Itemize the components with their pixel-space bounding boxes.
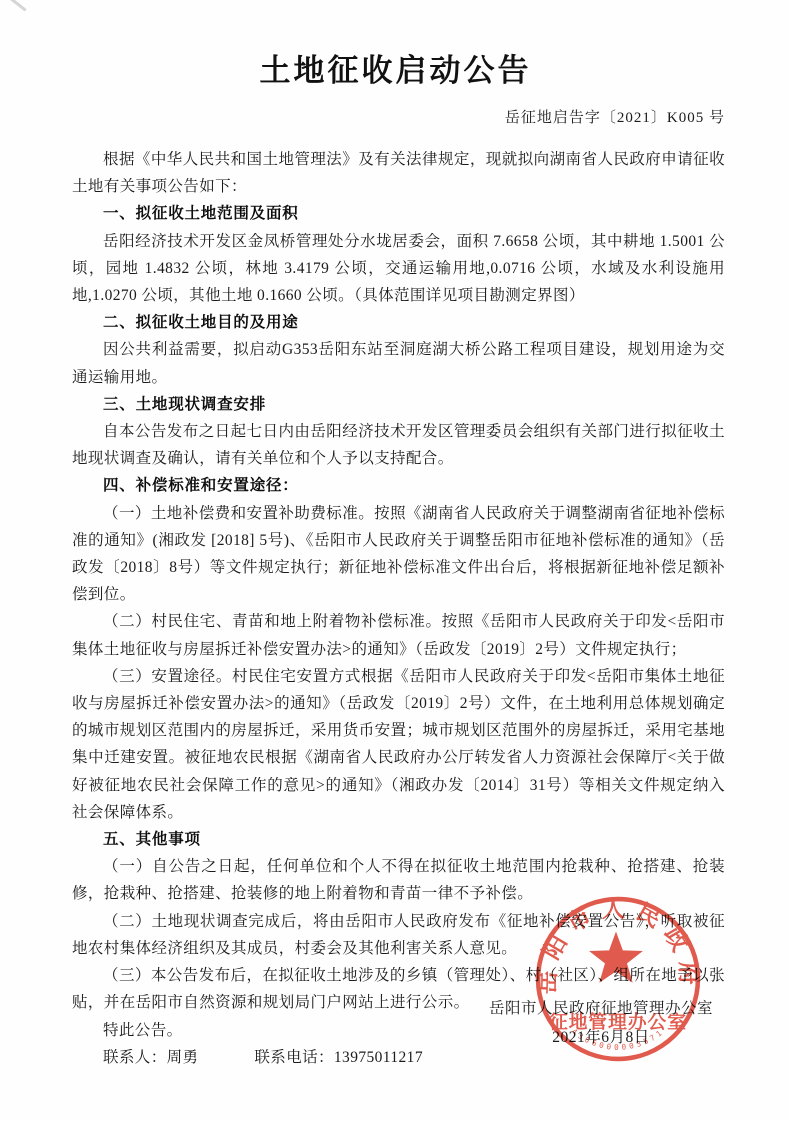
signature-block: 岳阳市人民政府征地管理办公室 2021年6月8日 bbox=[489, 995, 713, 1051]
body-paragraph: （二）土地现状调查完成后，将由岳阳市人民政府发布《征地补偿安置公告》，听取被征地… bbox=[72, 908, 725, 962]
page-title: 土地征收启动公告 bbox=[0, 50, 791, 92]
section-heading: 三、土地现状调查安排 bbox=[72, 391, 725, 418]
doc-number: 岳征地启告字〔2021〕K005 号 bbox=[72, 106, 725, 130]
section-heading: 四、补偿标准和安置途径： bbox=[72, 472, 725, 499]
contact-phone: 联系电话：13975011217 bbox=[254, 1049, 423, 1066]
document-content: 岳征地启告字〔2021〕K005 号 根据《中华人民共和国土地管理法》及有关法律… bbox=[72, 106, 725, 1071]
body-paragraph: （二）村民住宅、青苗和地上附着物补偿标准。按照《岳阳市人民政府关于印发<岳阳市集… bbox=[72, 608, 725, 662]
body-paragraph: 自本公告发布之日起七日内由岳阳经济技术开发区管理委员会组织有关部门进行拟征收土地… bbox=[72, 418, 725, 472]
body-paragraph: （一）自公告之日起，任何单位和个人不得在拟征收土地范围内抢栽种、抢搭建、抢装修，… bbox=[72, 853, 725, 907]
signature-date: 2021年6月8日 bbox=[489, 1024, 713, 1051]
body-paragraph: 岳阳经济技术开发区金凤桥管理处分水垅居委会，面积 7.6658 公顷，其中耕地 … bbox=[72, 228, 725, 310]
section-heading: 一、拟征收土地范围及面积 bbox=[72, 200, 725, 227]
body-paragraph: （一）土地补偿费和安置补助费标准。按照《湖南省人民政府关于调整湖南省征地补偿标准… bbox=[72, 500, 725, 609]
scan-artifact bbox=[7, 0, 26, 11]
announcement-page: 土地征收启动公告 岳征地启告字〔2021〕K005 号 根据《中华人民共和国土地… bbox=[0, 0, 791, 1121]
document-body: 根据《中华人民共和国土地管理法》及有关法律规定，现就拟向湖南省人民政府申请征收土… bbox=[72, 146, 725, 1071]
section-heading: 二、拟征收土地目的及用途 bbox=[72, 309, 725, 336]
body-paragraph: （三）安置途径。村民住宅安置方式根据《岳阳市人民政府关于印发<岳阳市集体土地征收… bbox=[72, 663, 725, 826]
contact-person: 联系人：周勇 bbox=[103, 1049, 198, 1066]
signature-org: 岳阳市人民政府征地管理办公室 bbox=[489, 995, 713, 1022]
body-paragraph: 根据《中华人民共和国土地管理法》及有关法律规定，现就拟向湖南省人民政府申请征收土… bbox=[72, 146, 725, 200]
section-heading: 五、其他事项 bbox=[72, 826, 725, 853]
body-paragraph: 因公共利益需要，拟启动G353岳阳东站至洞庭湖大桥公路工程项目建设，规划用途为交… bbox=[72, 336, 725, 390]
